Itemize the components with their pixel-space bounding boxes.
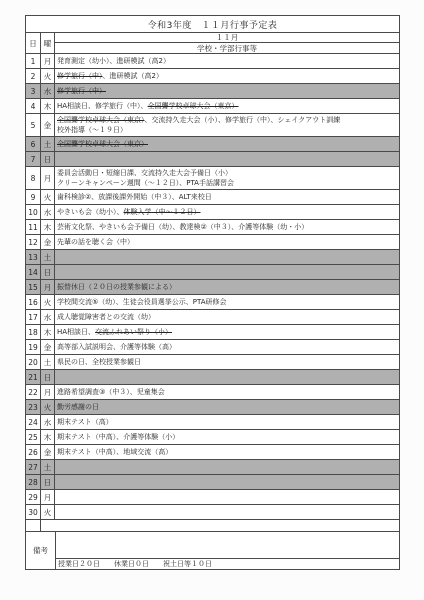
weekday-cell: 火 (41, 400, 55, 414)
day-cell: 8 (26, 167, 41, 189)
event-text: 振替休日（２０日の授業参観による） (57, 283, 176, 291)
event-line: クリーンキャンペーン週間（～１２日）、PTA手話講習会 (57, 178, 397, 189)
day-cell: 12 (26, 235, 41, 249)
weekday-cell: 金 (41, 340, 55, 354)
calendar-row: 28日 (26, 475, 399, 490)
weekday-cell: 金 (41, 445, 55, 459)
calendar-row: 30火 (26, 505, 399, 520)
weekday-cell: 土 (41, 137, 55, 151)
event-line: HA相談日、交流ふれあい祭り（小） (57, 327, 397, 338)
month-header: １１月 (55, 33, 399, 43)
weekday-cell: 日 (41, 370, 55, 384)
calendar-row: 7日 (26, 152, 399, 167)
event-text-cancelled: 交流ふれあい祭り（小） (95, 328, 172, 336)
event-text: 勤労感謝の日 (57, 403, 99, 411)
day-cell: 19 (26, 340, 41, 354)
weekday-cell: 土 (41, 355, 55, 369)
weekday-cell: 火 (41, 505, 55, 519)
day-cell: 18 (26, 325, 41, 339)
weekday-cell: 月 (41, 385, 55, 399)
remarks-row: 備考 授業日２０日 休業日０日 祝土日等１０日 (26, 532, 399, 569)
calendar-row: 11木芸術文化祭、やきいも会予備日（幼）、教達検②（中３）、介護等体験（幼・小） (26, 220, 399, 235)
events-cell: 期末テスト（高） (55, 415, 399, 429)
event-text: やきいも会（幼小）、 (57, 208, 124, 216)
event-line: 勤労感謝の日 (57, 402, 397, 413)
calendar-row: 5金全国聾学校卓球大会（東京）、交流持久走大会（小）、修学旅行（中）、シェイクア… (26, 114, 399, 137)
weekday-cell: 日 (41, 265, 55, 279)
spacer-rest-cell (41, 520, 399, 531)
event-line: 県民の日、全校授業参観日 (57, 357, 397, 368)
day-column-header: 日 (26, 33, 41, 53)
event-line: 成人聴覚障害者との交流（幼） (57, 312, 397, 323)
day-cell: 16 (26, 295, 41, 309)
weekday-cell: 火 (41, 190, 55, 204)
calendar-row: 22月進路希望調査③（中３）、児童集会 (26, 385, 399, 400)
event-line: 先輩の話を聴く会（中） (57, 237, 397, 248)
day-cell: 29 (26, 490, 41, 504)
weekday-cell: 土 (41, 250, 55, 264)
event-line: 発育測定（幼小）、進研模試（高2） (57, 56, 397, 67)
weekday-cell: 月 (41, 54, 55, 68)
events-header-label: 学校・学部行事等 (55, 43, 399, 54)
events-cell (55, 370, 399, 384)
events-cell: 期末テスト（中高）、地域交流（高） (55, 445, 399, 459)
events-cell (55, 490, 399, 504)
event-text: HA相談日、修学旅行（中）、 (57, 102, 148, 110)
events-cell: 期末テスト（中高）、介護等体験（小） (55, 430, 399, 444)
event-text-cancelled: 体験入学（中～１２日） (124, 208, 201, 216)
events-cell (55, 265, 399, 279)
calendar-row: 27土 (26, 460, 399, 475)
event-line: 芸術文化祭、やきいも会予備日（幼）、教達検②（中３）、介護等体験（幼・小） (57, 222, 397, 233)
calendar-row: 17水成人聴覚障害者との交流（幼） (26, 310, 399, 325)
weekday-column-header: 曜 (41, 33, 55, 53)
event-line: HA相談日、修学旅行（中）、全国聾学校卓球大会（東京） (57, 101, 397, 112)
event-text: 芸術文化祭、やきいも会予備日（幼）、教達検②（中３）、介護等体験（幼・小） (57, 223, 308, 231)
event-text-cancelled: 全国聾学校卓球大会（東京） (148, 102, 239, 110)
day-cell: 20 (26, 355, 41, 369)
day-cell: 11 (26, 220, 41, 234)
events-cell: 修学旅行（中）、進研模試（高2） (55, 69, 399, 83)
calendar-row: 9火歯科検診②、放課後課外開始（中３）、ALT来校日 (26, 190, 399, 205)
event-line: 歯科検診②、放課後課外開始（中３）、ALT来校日 (57, 192, 397, 203)
event-text: 校外指導（～１９日） (57, 126, 127, 134)
weekday-cell: 水 (41, 84, 55, 98)
weekday-cell: 日 (41, 152, 55, 166)
events-cell: やきいも会（幼小）、体験入学（中～１２日） (55, 205, 399, 219)
events-cell: 歯科検診②、放課後課外開始（中３）、ALT来校日 (55, 190, 399, 204)
day-cell: 3 (26, 84, 41, 98)
event-line: やきいも会（幼小）、体験入学（中～１２日） (57, 207, 397, 218)
events-cell: HA相談日、修学旅行（中）、全国聾学校卓球大会（東京） (55, 99, 399, 113)
day-cell: 2 (26, 69, 41, 83)
day-cell: 21 (26, 370, 41, 384)
events-cell: 進路希望調査③（中３）、児童集会 (55, 385, 399, 399)
calendar-row: 8月委員会活動日・短縮日課、交流持久走大会予備日（小）クリーンキャンペーン週間（… (26, 167, 399, 190)
calendar-row: 4木HA相談日、修学旅行（中）、全国聾学校卓球大会（東京） (26, 99, 399, 114)
event-text: 、進研模試（高2） (103, 72, 163, 80)
events-column-header: １１月 学校・学部行事等 (55, 33, 399, 53)
events-cell: 芸術文化祭、やきいも会予備日（幼）、教達検②（中３）、介護等体験（幼・小） (55, 220, 399, 234)
day-cell: 13 (26, 250, 41, 264)
event-text: 県民の日、全校授業参観日 (57, 358, 141, 366)
event-text-cancelled: 修学旅行（中） (57, 87, 106, 95)
events-cell: 先輩の話を聴く会（中） (55, 235, 399, 249)
day-cell: 14 (26, 265, 41, 279)
remarks-body: 授業日２０日 休業日０日 祝土日等１０日 (56, 532, 399, 569)
weekday-cell: 金 (41, 235, 55, 249)
weekday-cell: 水 (41, 415, 55, 429)
calendar-row: 2火修学旅行（中）、進研模試（高2） (26, 69, 399, 84)
event-text: 進路希望調査③（中３）、児童集会 (57, 388, 165, 396)
day-cell: 5 (26, 114, 41, 136)
calendar-row: 15月振替休日（２０日の授業参観による） (26, 280, 399, 295)
day-cell: 1 (26, 54, 41, 68)
events-cell (55, 250, 399, 264)
day-cell: 17 (26, 310, 41, 324)
events-cell (55, 152, 399, 166)
weekday-cell: 水 (41, 205, 55, 219)
events-cell: 委員会活動日・短縮日課、交流持久走大会予備日（小）クリーンキャンペーン週間（～１… (55, 167, 399, 189)
calendar-row: 18木HA相談日、交流ふれあい祭り（小） (26, 325, 399, 340)
event-text: 、交流持久走大会（小）、修学旅行（中）、シェイクアウト訓練 (145, 116, 341, 124)
weekday-cell: 火 (41, 295, 55, 309)
event-text: 歯科検診②、放課後課外開始（中３）、ALT来校日 (57, 193, 212, 201)
table-header: 日 曜 １１月 学校・学部行事等 (26, 33, 399, 54)
event-text-cancelled: 修学旅行（中） (57, 72, 103, 80)
weekday-cell: 木 (41, 99, 55, 113)
event-line: 全国聾学校卓球大会（東京） (57, 139, 397, 150)
spacer-day-cell (26, 520, 41, 531)
calendar-row: 1月発育測定（幼小）、進研模試（高2） (26, 54, 399, 69)
events-cell: 振替休日（２０日の授業参観による） (55, 280, 399, 294)
day-cell: 15 (26, 280, 41, 294)
event-text-cancelled: 全国聾学校卓球大会（東京） (57, 140, 148, 148)
day-cell: 6 (26, 137, 41, 151)
event-line: 振替休日（２０日の授業参観による） (57, 282, 397, 293)
day-cell: 23 (26, 400, 41, 414)
day-cell: 9 (26, 190, 41, 204)
event-text-cancelled: 全国聾学校卓球大会（東京） (57, 116, 145, 124)
calendar-row: 20土県民の日、全校授業参観日 (26, 355, 399, 370)
calendar-rows: 1月発育測定（幼小）、進研模試（高2）2火修学旅行（中）、進研模試（高2）3水修… (26, 54, 399, 520)
weekday-cell: 土 (41, 460, 55, 474)
events-cell: 修学旅行（中） (55, 84, 399, 98)
event-text: 発育測定（幼小）、進研模試（高2） (57, 57, 170, 65)
calendar-row: 14日 (26, 265, 399, 280)
calendar-row: 25木期末テスト（中高）、介護等体験（小） (26, 430, 399, 445)
event-text: 期末テスト（中高）、介護等体験（小） (57, 433, 179, 441)
event-line: 期末テスト（中高）、地域交流（高） (57, 447, 397, 458)
event-text: HA相談日、 (57, 328, 95, 336)
event-line: 期末テスト（中高）、介護等体験（小） (57, 432, 397, 443)
day-cell: 4 (26, 99, 41, 113)
event-text: 期末テスト（中高）、地域交流（高） (57, 448, 172, 456)
events-cell: 高等部入試説明会、介護等体験（高） (55, 340, 399, 354)
spacer-row (26, 520, 399, 532)
events-cell: 全国聾学校卓球大会（東京） (55, 137, 399, 151)
events-cell: HA相談日、交流ふれあい祭り（小） (55, 325, 399, 339)
day-cell: 28 (26, 475, 41, 489)
event-line: 修学旅行（中） (57, 86, 397, 97)
event-line: 進路希望調査③（中３）、児童集会 (57, 387, 397, 398)
events-cell: 勤労感謝の日 (55, 400, 399, 414)
event-text: 期末テスト（高） (57, 418, 113, 426)
calendar-row: 3水修学旅行（中） (26, 84, 399, 99)
calendar-row: 6土全国聾学校卓球大会（東京） (26, 137, 399, 152)
event-text: 先輩の話を聴く会（中） (57, 238, 134, 246)
event-line: 期末テスト（高） (57, 417, 397, 428)
event-text: 委員会活動日・短縮日課、交流持久走大会予備日（小） (57, 169, 232, 177)
weekday-cell: 水 (41, 310, 55, 324)
event-line: 委員会活動日・短縮日課、交流持久走大会予備日（小） (57, 168, 397, 179)
calendar-row: 16火学校間交流⑤（幼）、生徒会役員選挙公示、PTA研修会 (26, 295, 399, 310)
events-cell: 学校間交流⑤（幼）、生徒会役員選挙公示、PTA研修会 (55, 295, 399, 309)
calendar-row: 23火勤労感謝の日 (26, 400, 399, 415)
page-title: 令和3年度 １１月行事予定表 (26, 16, 399, 33)
day-cell: 26 (26, 445, 41, 459)
weekday-cell: 月 (41, 167, 55, 189)
calendar-row: 24水期末テスト（高） (26, 415, 399, 430)
event-line: 校外指導（～１９日） (57, 125, 397, 136)
events-cell: 発育測定（幼小）、進研模試（高2） (55, 54, 399, 68)
calendar-row: 10水やきいも会（幼小）、体験入学（中～１２日） (26, 205, 399, 220)
weekday-cell: 月 (41, 490, 55, 504)
event-line: 修学旅行（中）、進研模試（高2） (57, 71, 397, 82)
schedule-table: 令和3年度 １１月行事予定表 日 曜 １１月 学校・学部行事等 1月発育測定（幼… (25, 15, 400, 570)
weekday-cell: 木 (41, 430, 55, 444)
weekday-cell: 金 (41, 114, 55, 136)
events-cell: 全国聾学校卓球大会（東京）、交流持久走大会（小）、修学旅行（中）、シェイクアウト… (55, 114, 399, 136)
weekday-cell: 木 (41, 325, 55, 339)
events-cell: 県民の日、全校授業参観日 (55, 355, 399, 369)
day-cell: 22 (26, 385, 41, 399)
calendar-row: 21日 (26, 370, 399, 385)
day-cell: 7 (26, 152, 41, 166)
event-text: クリーンキャンペーン週間（～１２日）、PTA手話講習会 (57, 179, 234, 187)
events-cell: 成人聴覚障害者との交流（幼） (55, 310, 399, 324)
weekday-cell: 木 (41, 220, 55, 234)
day-cell: 24 (26, 415, 41, 429)
weekday-cell: 火 (41, 69, 55, 83)
event-text: 学校間交流⑤（幼）、生徒会役員選挙公示、PTA研修会 (57, 298, 227, 306)
day-cell: 27 (26, 460, 41, 474)
events-cell (55, 460, 399, 474)
remarks-label: 備考 (26, 532, 56, 569)
event-text: 成人聴覚障害者との交流（幼） (57, 313, 155, 321)
event-line: 学校間交流⑤（幼）、生徒会役員選挙公示、PTA研修会 (57, 297, 397, 308)
events-cell (55, 505, 399, 519)
weekday-cell: 日 (41, 475, 55, 489)
event-text: 高等部入試説明会、介護等体験（高） (57, 343, 176, 351)
calendar-row: 26金期末テスト（中高）、地域交流（高） (26, 445, 399, 460)
day-cell: 10 (26, 205, 41, 219)
calendar-row: 19金高等部入試説明会、介護等体験（高） (26, 340, 399, 355)
weekday-cell: 月 (41, 280, 55, 294)
day-cell: 25 (26, 430, 41, 444)
event-line: 高等部入試説明会、介護等体験（高） (57, 342, 397, 353)
calendar-row: 12金先輩の話を聴く会（中） (26, 235, 399, 250)
remarks-summary: 授業日２０日 休業日０日 祝土日等１０日 (56, 558, 399, 569)
day-cell: 30 (26, 505, 41, 519)
calendar-row: 13土 (26, 250, 399, 265)
event-line: 全国聾学校卓球大会（東京）、交流持久走大会（小）、修学旅行（中）、シェイクアウト… (57, 115, 397, 126)
calendar-row: 29月 (26, 490, 399, 505)
events-cell (55, 475, 399, 489)
schedule-sheet: 令和3年度 １１月行事予定表 日 曜 １１月 学校・学部行事等 1月発育測定（幼… (0, 0, 424, 600)
